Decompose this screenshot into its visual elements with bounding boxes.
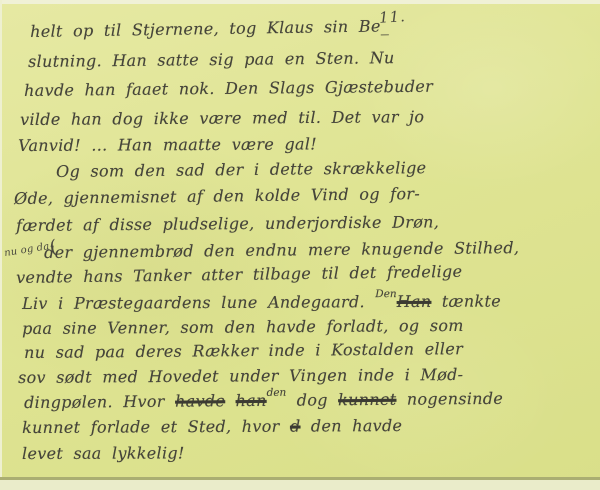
inserted-word-above: Den [375, 288, 396, 300]
manuscript-line: levet saa lykkelig! [22, 443, 185, 463]
handwritten-text: Øde, gjennemisnet af den kolde Vind og f… [14, 184, 420, 208]
handwritten-text: havde han faaet nok. Den Slags Gjæstebud… [24, 77, 433, 100]
manuscript-line: dingpølen. Hvor havde handen dog kunnet … [24, 389, 503, 412]
handwritten-text: sov sødt med Hovedet under Vingen inde i… [18, 365, 463, 387]
struck-out-word: han [235, 391, 266, 410]
handwritten-text: vendte hans Tanker atter tilbage til det… [16, 262, 462, 287]
handwritten-text: slutning. Han satte sig paa en Sten. Nu [28, 48, 395, 71]
handwritten-text: tænkte [431, 291, 501, 310]
handwritten-text: paa sine Venner, som den havde forladt, … [22, 316, 464, 338]
manuscript-lines: helt op til Stjernene, tog Klaus sin Be_… [0, 0, 600, 490]
manuscript-scan: helt op til Stjernene, tog Klaus sin Be_… [0, 0, 600, 490]
handwritten-text: færdet af disse pludselige, underjordisk… [16, 212, 439, 235]
struck-out-word: havde [175, 391, 225, 410]
manuscript-line: Og som den sad der i dette skrækkelige [56, 158, 426, 181]
handwritten-text: vilde han dog ikke være med til. Det var… [20, 107, 424, 129]
manuscript-line: kunnet forlade et Sted, hvor d den havde [22, 416, 402, 437]
struck-out-word: d [290, 417, 301, 436]
inserted-word-above: den [267, 387, 287, 399]
handwritten-text [225, 391, 236, 410]
struck-out-word: kunnet [338, 390, 396, 410]
manuscript-line: paa sine Venner, som den havde forladt, … [22, 316, 464, 338]
handwritten-text: nogensinde [396, 389, 503, 409]
manuscript-line: helt op til Stjernene, tog Klaus sin Be_ [30, 16, 389, 41]
handwritten-text: helt op til Stjernene, tog Klaus sin Be_ [30, 16, 389, 41]
handwritten-text: dingpølen. Hvor [24, 392, 175, 412]
handwritten-text: Og som den sad der i dette skrækkelige [56, 158, 426, 181]
manuscript-line: nu sad paa deres Rækker inde i Kostalden… [24, 339, 463, 362]
page-number: 11. [378, 7, 406, 27]
handwritten-text: Vanvid! ... Han maatte være gal! [18, 134, 317, 155]
handwritten-text: levet saa lykkelig! [22, 443, 185, 463]
handwritten-text: kunnet forlade et Sted, hvor [22, 417, 290, 437]
manuscript-line: sov sødt med Hovedet under Vingen inde i… [18, 365, 463, 387]
handwritten-text: den havde [300, 416, 402, 436]
handwritten-text: der gjennembrød den endnu mere knugende … [44, 238, 519, 262]
manuscript-line: der gjennembrød den endnu mere knugende … [44, 238, 519, 262]
margin-note-text: nu og da [3, 241, 50, 259]
struck-out-word: Han [397, 292, 432, 311]
manuscript-line: vendte hans Tanker atter tilbage til det… [16, 262, 462, 287]
manuscript-line: Vanvid! ... Han maatte være gal! [18, 134, 317, 155]
handwritten-text: dog [286, 390, 338, 409]
manuscript-line: vilde han dog ikke være med til. Det var… [20, 107, 424, 129]
handwritten-text: nu sad paa deres Rækker inde i Kostalden… [24, 339, 463, 362]
manuscript-line: Liv i Præstegaardens lune Andegaard. Den… [22, 291, 501, 313]
handwritten-text: Liv i Præstegaardens lune Andegaard. [22, 292, 375, 313]
manuscript-line: færdet af disse pludselige, underjordisk… [16, 212, 439, 235]
manuscript-line: slutning. Han satte sig paa en Sten. Nu [28, 48, 395, 71]
manuscript-line: Øde, gjennemisnet af den kolde Vind og f… [14, 184, 420, 208]
manuscript-line: havde han faaet nok. Den Slags Gjæstebud… [24, 77, 433, 100]
